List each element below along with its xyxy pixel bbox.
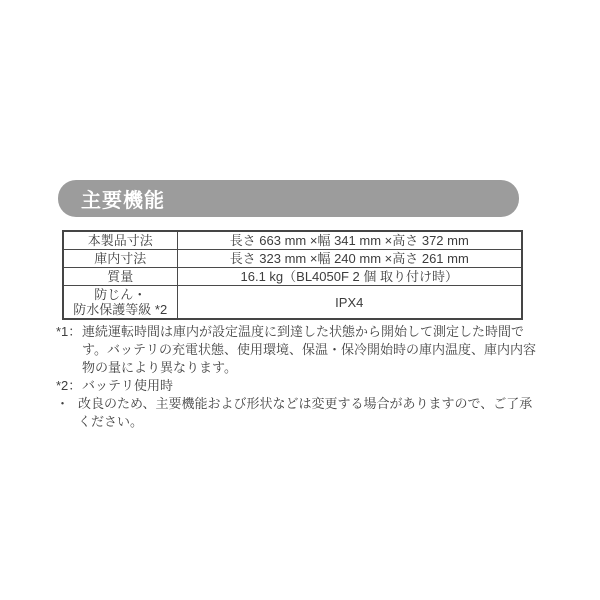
table-row: 庫内寸法 長さ 323 mm ×幅 240 mm ×高さ 261 mm bbox=[63, 250, 522, 268]
footnote-notice: ・ 改良のため、主要機能および形状などは変更する場合がありますので、ご了承くださ… bbox=[56, 395, 544, 431]
footnote-1: *1： 連続運転時間は庫内が設定温度に到達した状態から開始して測定した時間です。… bbox=[56, 323, 544, 377]
spec-label-product-dimensions: 本製品寸法 bbox=[63, 231, 177, 250]
spec-value-interior-dimensions: 長さ 323 mm ×幅 240 mm ×高さ 261 mm bbox=[177, 250, 522, 268]
footnote-notice-bullet: ・ bbox=[56, 395, 78, 413]
footnotes-block: *1： 連続運転時間は庫内が設定温度に到達した状態から開始して測定した時間です。… bbox=[56, 323, 544, 431]
section-header-bar: 主要機能 bbox=[58, 180, 519, 217]
footnote-1-marker: *1： bbox=[56, 323, 82, 341]
footnote-2-text: バッテリ使用時 bbox=[82, 377, 544, 395]
table-row: 本製品寸法 長さ 663 mm ×幅 341 mm ×高さ 372 mm bbox=[63, 231, 522, 250]
section-title: 主要機能 bbox=[58, 184, 165, 213]
spec-label-weight: 質量 bbox=[63, 268, 177, 286]
footnote-1-text: 連続運転時間は庫内が設定温度に到達した状態から開始して測定した時間です。バッテリ… bbox=[82, 323, 544, 377]
footnote-notice-text: 改良のため、主要機能および形状などは変更する場合がありますので、ご了承ください。 bbox=[78, 395, 544, 431]
table-row: 防じん・ 防水保護等級 *2 IPX4 bbox=[63, 286, 522, 320]
spec-sheet: 主要機能 本製品寸法 長さ 663 mm ×幅 341 mm ×高さ 372 m… bbox=[0, 0, 600, 600]
spec-label-protection-rating: 防じん・ 防水保護等級 *2 bbox=[63, 286, 177, 320]
spec-value-protection-rating: IPX4 bbox=[177, 286, 522, 320]
table-row: 質量 16.1 kg（BL4050F 2 個 取り付け時） bbox=[63, 268, 522, 286]
spec-label-interior-dimensions: 庫内寸法 bbox=[63, 250, 177, 268]
spec-value-product-dimensions: 長さ 663 mm ×幅 341 mm ×高さ 372 mm bbox=[177, 231, 522, 250]
spec-table: 本製品寸法 長さ 663 mm ×幅 341 mm ×高さ 372 mm 庫内寸… bbox=[62, 230, 523, 320]
footnote-2-marker: *2： bbox=[56, 377, 82, 395]
footnote-2: *2： バッテリ使用時 bbox=[56, 377, 544, 395]
spec-value-weight: 16.1 kg（BL4050F 2 個 取り付け時） bbox=[177, 268, 522, 286]
